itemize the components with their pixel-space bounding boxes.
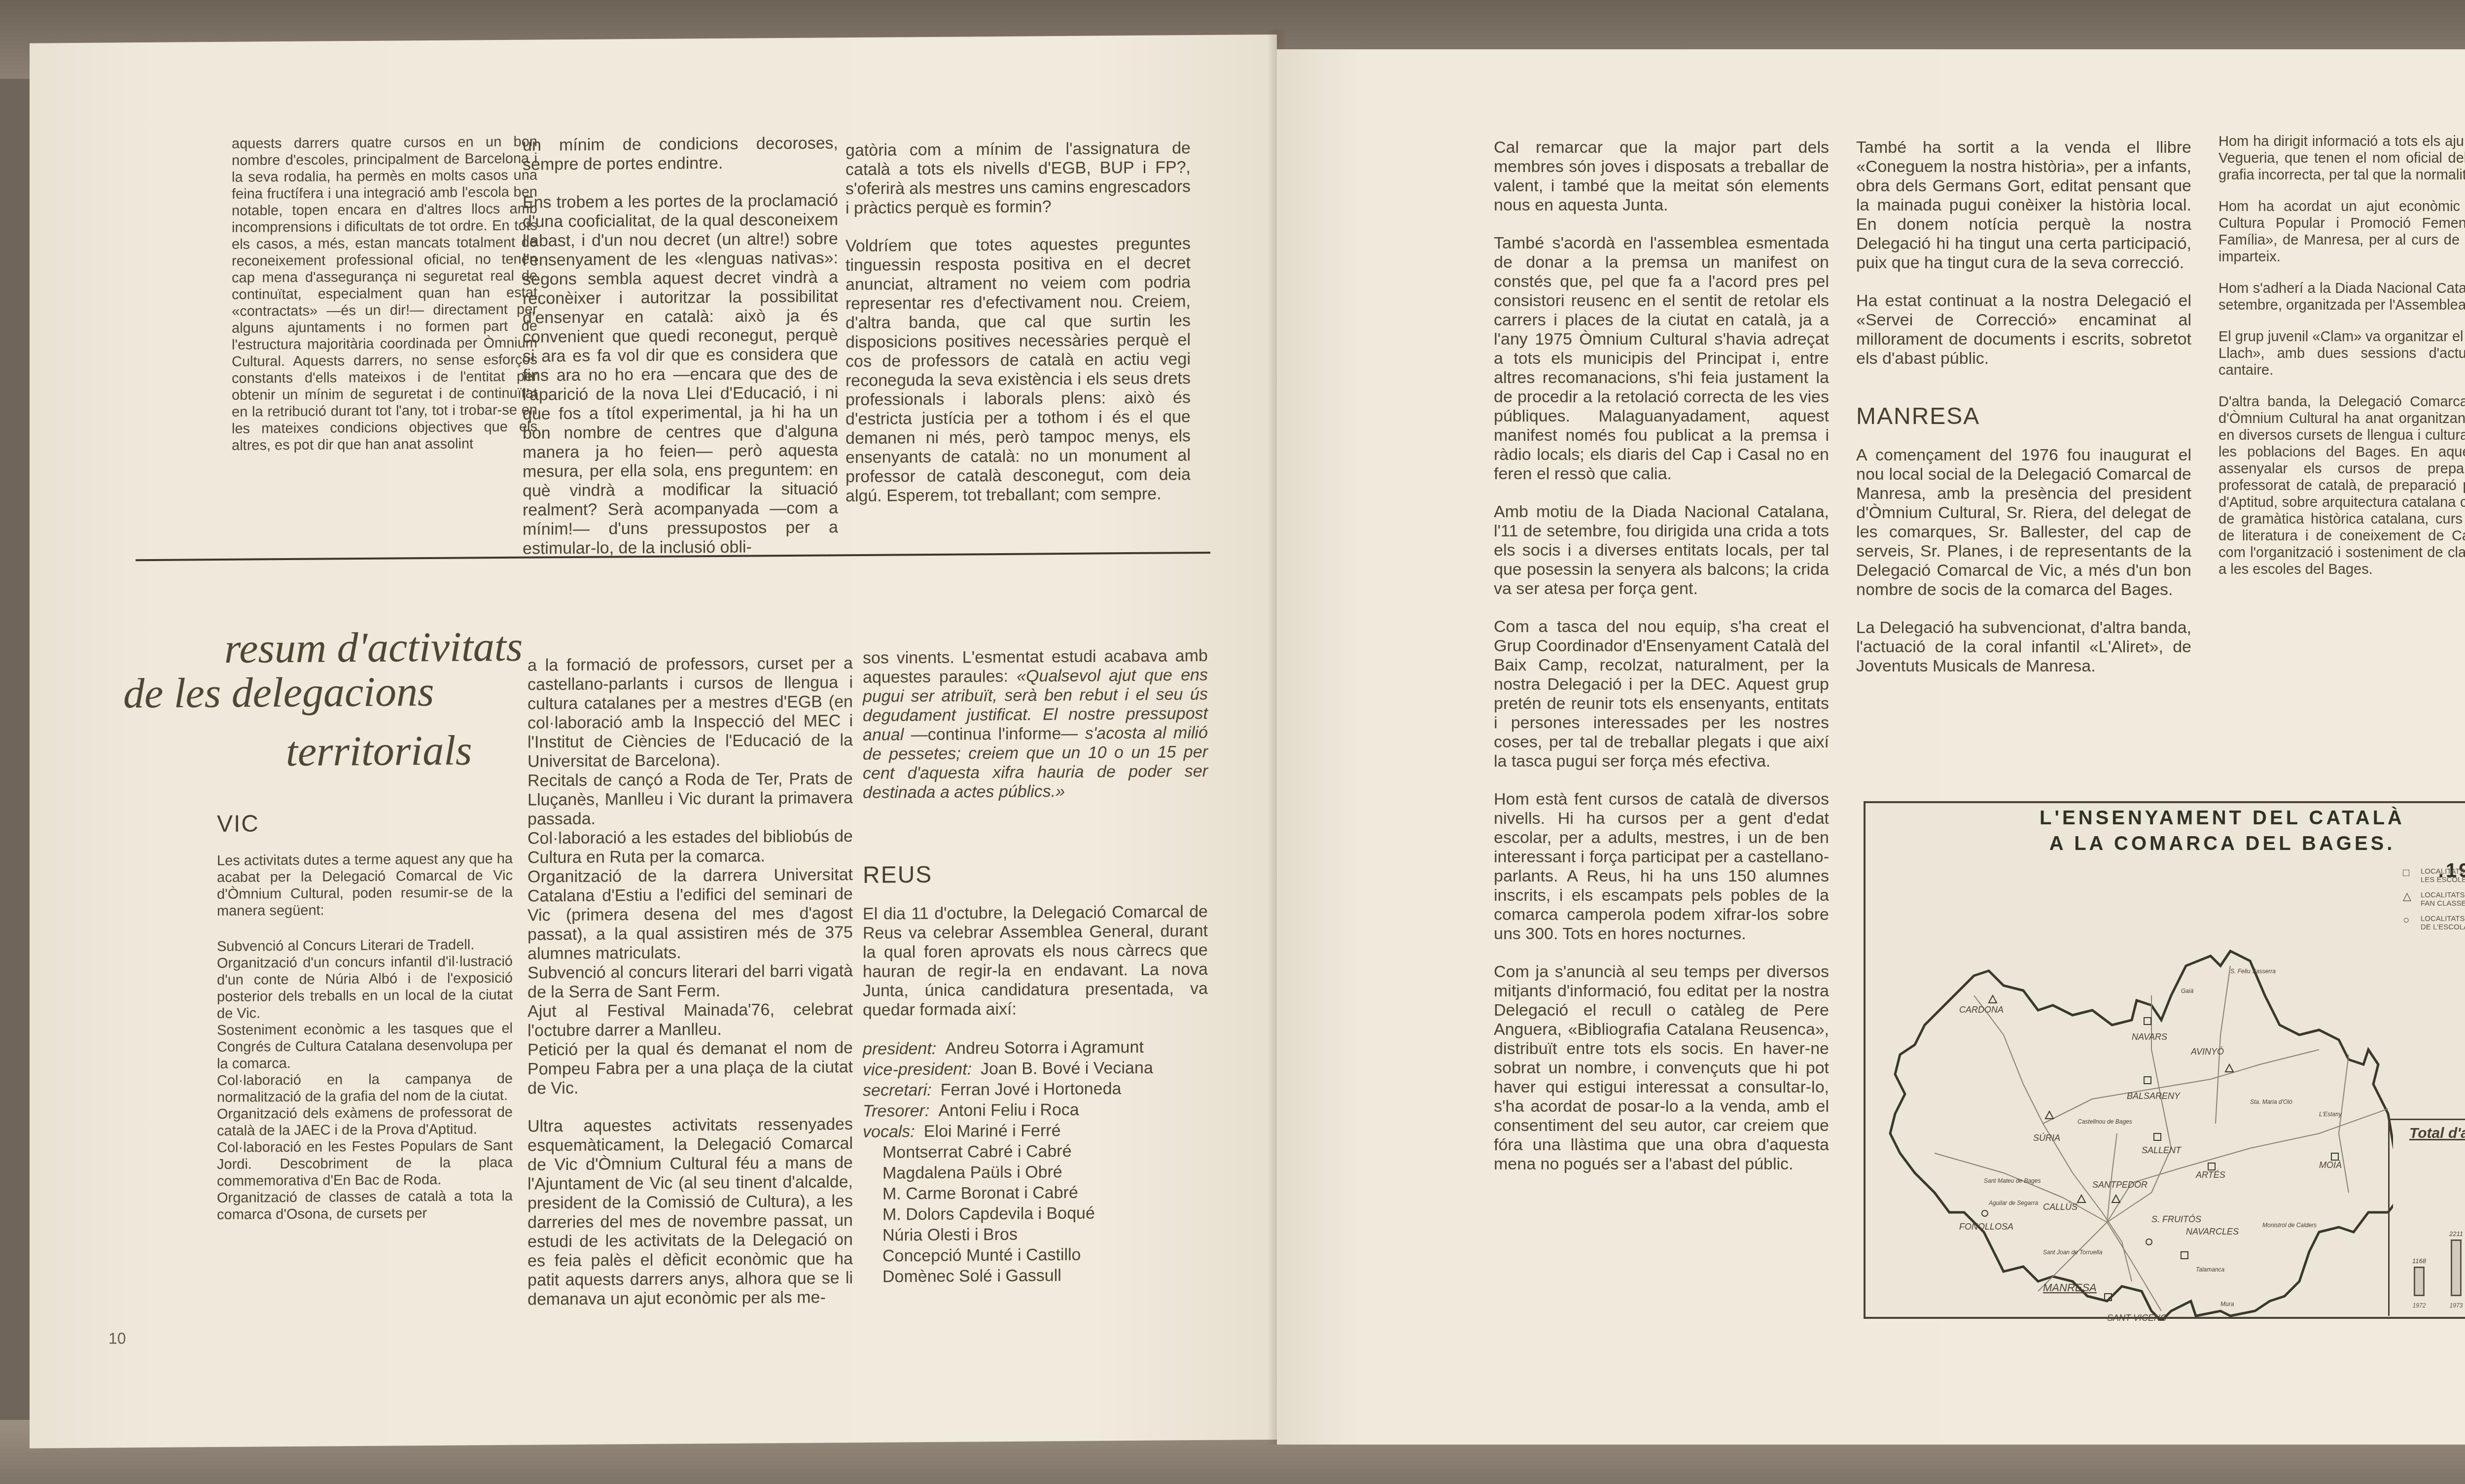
total-alumnes-bar-chart: Total d'alumnes 1168 1972 2211 1973 3073… (2388, 1119, 2465, 1316)
vic-quote: sos vinents. L'esmentat estudi acabava a… (863, 646, 1208, 803)
left-top-column-2: un mínim de condicions decoroses, sempre… (523, 134, 838, 577)
paragraph: La Delegació ha subvencionat, d'altra ba… (1856, 618, 2191, 676)
vic-item: Col·laboració en la campanya de normalit… (217, 1070, 513, 1106)
svg-text:Talamanca: Talamanca (2196, 1266, 2225, 1273)
svg-text:Aguilar de Segarra: Aguilar de Segarra (1988, 1200, 2038, 1206)
map-label-callus: CALLÚS (2043, 1201, 2078, 1212)
vic-item: Subvenció al concurs literari del barri … (528, 961, 853, 1002)
square-icon: □ (2403, 867, 2414, 878)
junta-row: president:Andreu Sotorra i Agramunt (863, 1036, 1208, 1060)
right-column-3: Hom ha dirigit informació a tots els aju… (2218, 133, 2465, 597)
reus-heading: REUS (863, 863, 1208, 885)
reus-intro: El dia 11 d'octubre, la Delegació Comarc… (863, 902, 1208, 1020)
circle-icon: ○ (2403, 915, 2414, 925)
section-title-line-1: resum d'activitats (224, 622, 523, 673)
vic-intro: Les activitats dutes a terme aquest any … (217, 850, 513, 919)
paragraph: Com ja s'anuncià al seu temps per divers… (1494, 962, 1829, 1174)
vocal-name: M. Carme Boronat i Cabré (863, 1181, 1208, 1204)
legend-item: ○ LOCALITATS ON ES FAN CURSOS FORA DE L'… (2403, 915, 2465, 931)
figure-title-line-1: L'ENSENYAMENT DEL CATALÀ (1866, 807, 2465, 829)
paragraph: El grup juvenil «Clam» va organitzar el … (2218, 328, 2465, 379)
vic-item: Petició per la qual és demanat el nom de… (528, 1038, 853, 1098)
vocal-name: Montserrat Cabré i Cabré (863, 1140, 1208, 1163)
left-page: aquests darrers quatre cursos en un bon … (30, 35, 1277, 1449)
vic-item: Organització dels exàmens de professorat… (217, 1104, 513, 1139)
svg-text:Castellnou de Bages: Castellnou de Bages (2078, 1118, 2132, 1125)
map-label-navars: NAVARS (2132, 1032, 2167, 1042)
paragraph: Cal remarcar que la major part dels memb… (1494, 138, 1829, 215)
right-column-1: Cal remarcar que la major part dels memb… (1494, 138, 1829, 1193)
junta-row: Tresorer:Antoni Feliu i Roca (863, 1098, 1208, 1122)
svg-text:Sant Mateu de Bages: Sant Mateu de Bages (1984, 1177, 2041, 1184)
page-number-left: 10 (108, 1329, 126, 1347)
vic-quote-column: sos vinents. L'esmentat estudi acabava a… (863, 646, 1208, 1287)
map-label-navarcles: NAVARCLES (2186, 1227, 2239, 1237)
svg-text:Mura: Mura (2220, 1301, 2234, 1307)
paragraph: Ens trobem a les portes de la proclamaci… (523, 191, 838, 558)
paragraph: A començament del 1976 fou inaugurat el … (1856, 446, 2191, 600)
map-label-artes: ARTÉS (2195, 1170, 2225, 1180)
vic-section: VIC Les activitats dutes a terme aquest … (217, 814, 513, 1223)
vic-item: Col·laboració a les estades del bibliobú… (528, 827, 853, 868)
paragraph: Com a tasca del nou equip, s'ha creat el… (1494, 617, 1829, 771)
paragraph: aquests darrers quatre cursos en un bon … (232, 133, 537, 454)
svg-text:Gaià: Gaià (2181, 988, 2194, 994)
vocal-name: M. Dolors Capdevila i Boqué (863, 1202, 1208, 1225)
paragraph: Amb motiu de la Diada Nacional Catalana,… (1494, 502, 1829, 599)
paragraph: Hom està fent cursos de català de divers… (1494, 790, 1829, 944)
svg-text:L'Estany: L'Estany (2319, 1111, 2342, 1118)
vic-heading: VIC (217, 814, 513, 833)
paragraph: gatòria com a mínim de l'assignatura de … (845, 139, 1191, 218)
section-title-line-3: territorials (286, 725, 472, 776)
section-title-line-2: de les delegacions (123, 667, 434, 718)
vic-item: a la formació de professors, curset per … (528, 654, 853, 772)
map-label-manresa: MANRESA (2043, 1281, 2097, 1294)
map-label-santpedor: SANTPEDOR (2092, 1180, 2148, 1190)
paragraph: Ha estat continuat a la nostra Delegació… (1856, 291, 2191, 368)
junta-row: vice-president:Joan B. Bové i Veciana (863, 1057, 1208, 1080)
left-top-column-3: gatòria com a mínim de l'assignatura de … (845, 139, 1191, 525)
figure-title-line-2: A LA COMARCA DEL BAGES. (1866, 833, 2465, 855)
paragraph: Hom ha acordat un ajut econòmic al Centr… (2218, 198, 2465, 265)
map-label-balsareny: BALSARENY (2127, 1091, 2181, 1101)
chart-bars: 1168 1972 2211 1973 3073 1974 5000 1975 … (2399, 1140, 2465, 1296)
vocal-name: Núria Olesti i Bros (863, 1223, 1208, 1246)
vocal-name: Magdalena Paüls i Obré (863, 1161, 1208, 1184)
vic-item: Organització de la darrera Universitat C… (528, 865, 853, 964)
manresa-heading: MANRESA (1856, 407, 2191, 426)
chart-title: Total d'alumnes (2409, 1125, 2465, 1142)
map-label-sallent: SALLENT (2142, 1145, 2182, 1155)
svg-text:S. Feliu Sasserra: S. Feliu Sasserra (2230, 968, 2276, 975)
paragraph: un mínim de condicions decoroses, sempre… (523, 134, 838, 174)
vic-item: Ajut al Festival Mainada'76, celebrat l'… (528, 1000, 853, 1041)
triangle-icon: △ (2403, 891, 2414, 902)
map-label-suria: SÚRIA (2033, 1132, 2060, 1143)
paragraph: Hom s'adherí a la Diada Nacional Catalan… (2218, 280, 2465, 314)
vic-item: Recitals de cançó a Roda de Ter, Prats d… (528, 769, 853, 829)
map-label-sfruitos: S. FRUITÓS (2151, 1214, 2201, 1224)
junta-row: vocals:Eloi Mariné i Ferré (863, 1119, 1208, 1142)
vic-item: Subvenció al Concurs Literari de Tradell… (217, 936, 513, 955)
map-label-moia: MOIÀ (2319, 1160, 2342, 1170)
paragraph: Hom ha dirigit informació a tots els aju… (2218, 133, 2465, 183)
legend-item: △ LOCALITATS ON HI HA ESCOLES QUE FAN CL… (2403, 891, 2465, 908)
vocal-name: Concepció Munté i Castillo (863, 1243, 1208, 1267)
vic-item: Sosteniment econòmic a les tasques que e… (217, 1020, 513, 1072)
bages-map-figure: L'ENSENYAMENT DEL CATALÀ A LA COMARCA DE… (1864, 801, 2465, 1319)
map-label-cardona: CARDONA (1959, 1005, 2004, 1015)
bar-1973: 2211 1973 (2441, 1230, 2465, 1296)
right-column-2: També ha sortit a la venda el llibre «Co… (1856, 138, 2191, 695)
map-label-avinyo: AVINYÓ (2190, 1046, 2224, 1057)
reus-junta-list: president:Andreu Sotorra i Agramunt vice… (863, 1036, 1208, 1287)
left-top-column-1: aquests darrers quatre cursos en un bon … (232, 133, 537, 472)
svg-text:Sant Joan de Torruella: Sant Joan de Torruella (2043, 1249, 2103, 1256)
vic-item: Organització d'un concurs infantil d'il·… (217, 953, 513, 1022)
map-label-fonollosa: FONOLLOSA (1959, 1222, 2013, 1232)
vic-closing: Ultra aquestes activitats ressenyades es… (528, 1115, 853, 1309)
paragraph: D'altra banda, la Delegació Comarcal de … (2218, 393, 2465, 578)
junta-row: secretari:Ferran Jové i Hortoneda (863, 1078, 1208, 1101)
paragraph: Voldríem que totes aquestes preguntes ti… (845, 234, 1191, 506)
map-legend: □ LOCALITATS AMB CLASSES FORA I DINS LES… (2403, 867, 2465, 938)
bages-map: CARDONA NAVARS AVINYÓ BALSARENY SÚRIA SA… (1875, 936, 2393, 1321)
paragraph: També s'acordà en l'assemblea esmentada … (1494, 234, 1829, 484)
bar-1972: 1168 1972 (2404, 1257, 2434, 1296)
vic-item: Organització de classes de català a tota… (217, 1188, 513, 1223)
vic-item: Col·laboració en les Festes Populars de … (217, 1137, 513, 1190)
vocal-name: Domènec Solé i Gassull (863, 1264, 1208, 1287)
legend-item: □ LOCALITATS AMB CLASSES FORA I DINS LES… (2403, 867, 2465, 884)
svg-text:Monistrol de Calders: Monistrol de Calders (2262, 1222, 2317, 1229)
paragraph: També ha sortit a la venda el llibre «Co… (1856, 138, 2191, 273)
vic-section-continued: a la formació de professors, curset per … (528, 654, 853, 1328)
svg-text:Sta. Maria d'Oló: Sta. Maria d'Oló (2250, 1098, 2292, 1105)
map-label-sant-vicenc: SANT VICENÇ (2107, 1313, 2167, 1321)
